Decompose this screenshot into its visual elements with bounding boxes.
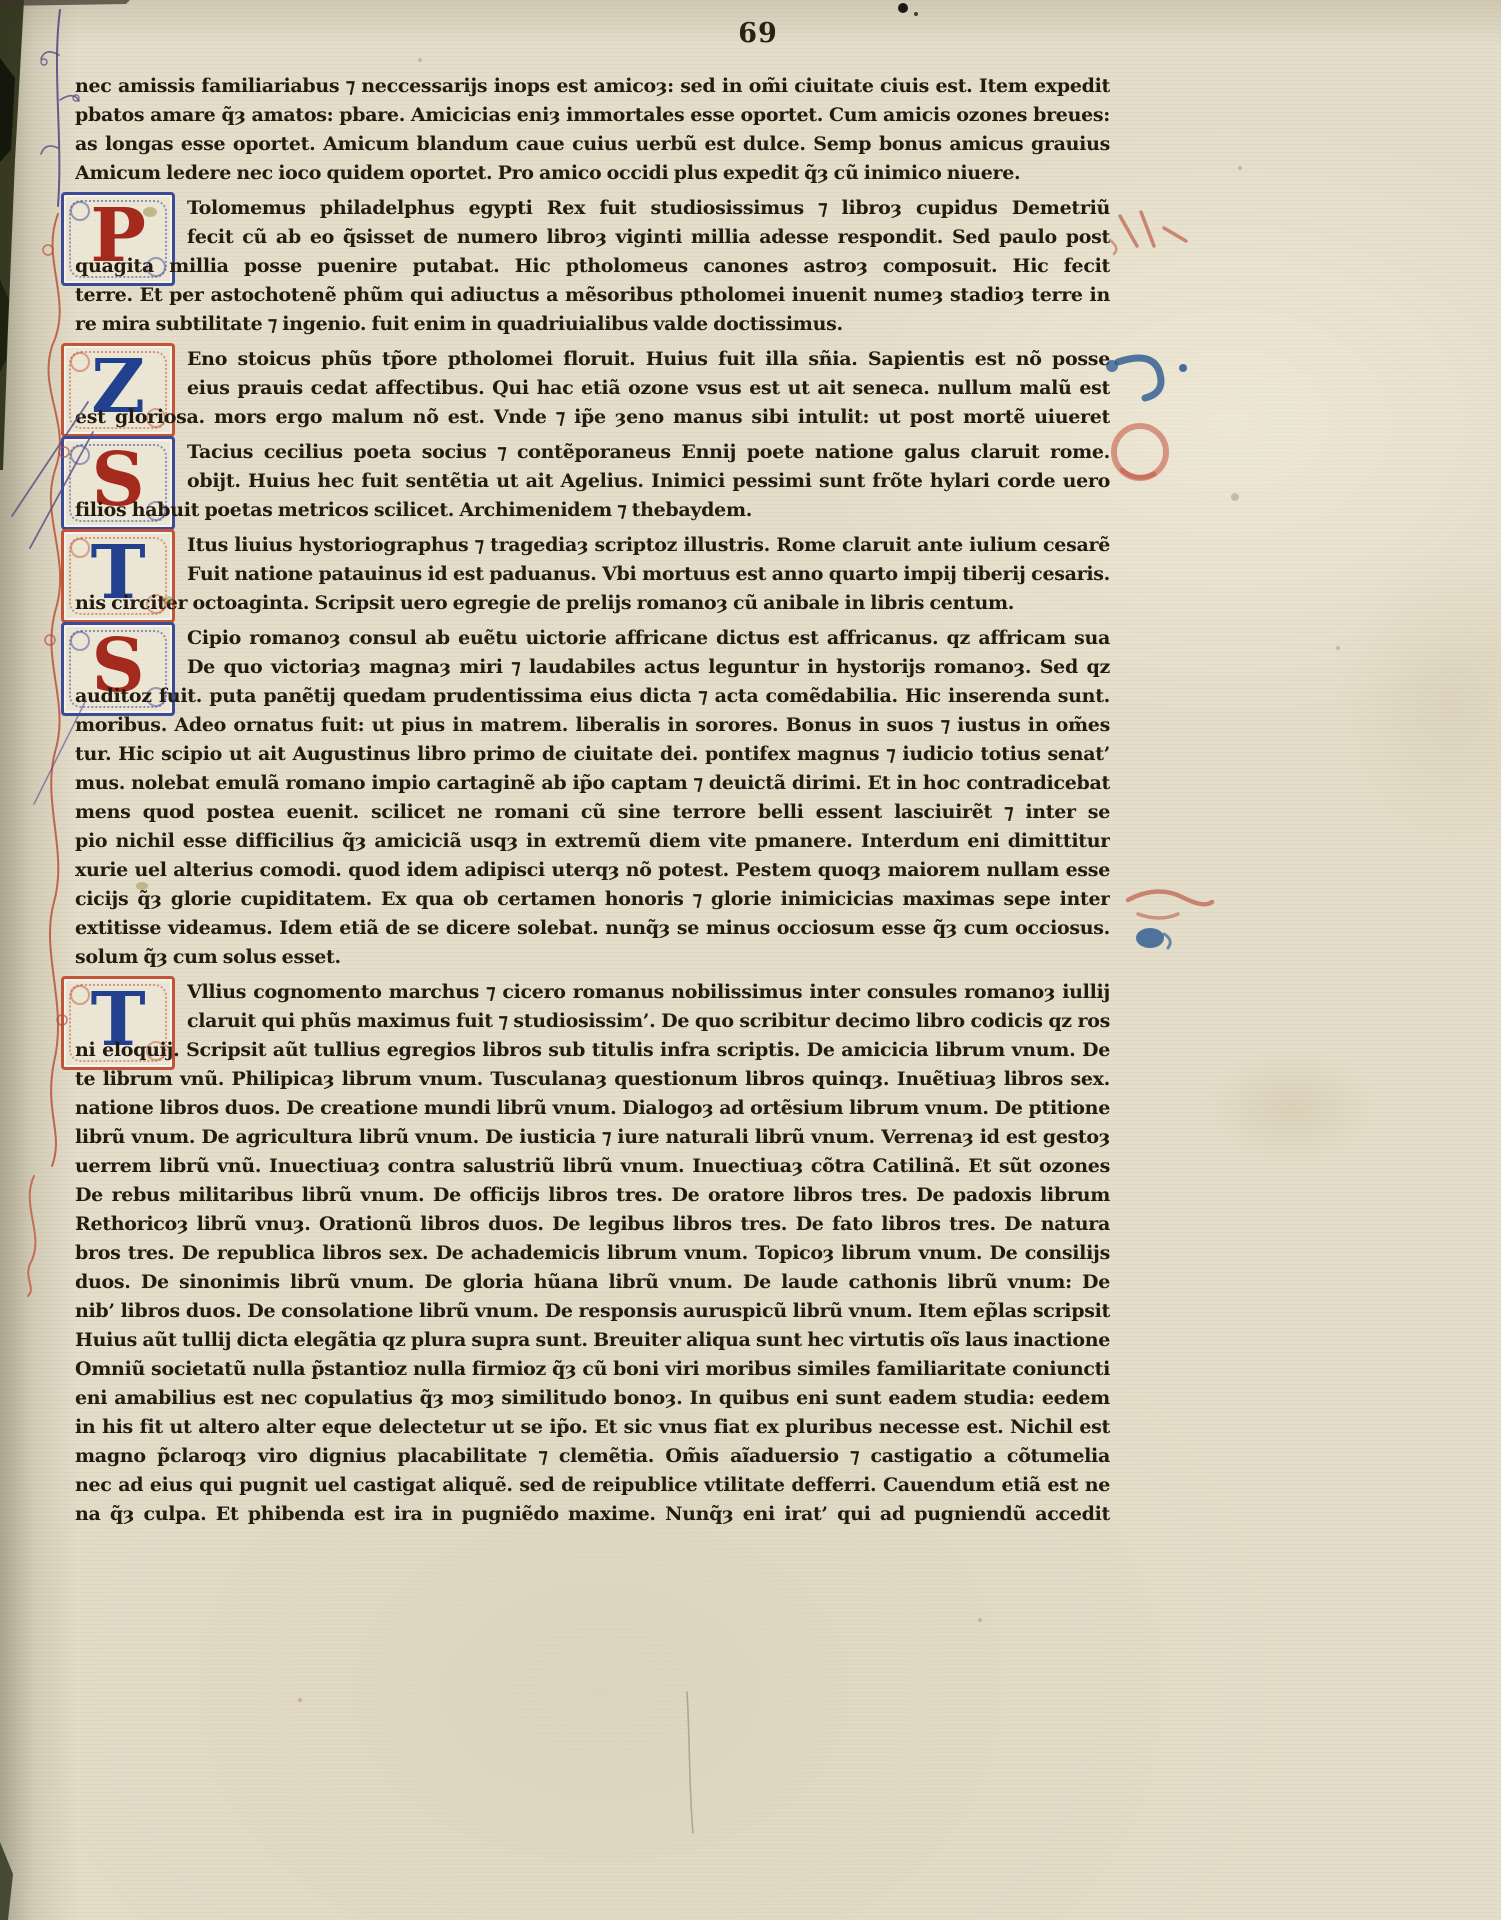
text-line: Amicum ledere nec ioco quidem oportet. P… xyxy=(75,159,1110,188)
illuminated-initial-T: T xyxy=(61,978,181,1036)
paragraph-statius-caecilius: STacius cecilius poeta socius ⁊ contẽpor… xyxy=(75,438,1110,525)
text-line: Rethoricoȝ librũ vnuȝ. Orationũ libros d… xyxy=(75,1210,1110,1239)
text-line: claruit qui phũs maximus fuit ⁊ studiosi… xyxy=(187,1007,1110,1036)
red-ink-ring-right-margin xyxy=(1114,426,1166,478)
paragraph-scipio: SCipio romanoȝ consul ab euẽtu uictorie … xyxy=(75,624,1110,972)
text-line: as longas esse oportet. Amicum blandum c… xyxy=(75,130,1110,159)
text-line: auditoz fuit. puta panẽtij quedam pruden… xyxy=(75,682,1110,711)
paper-crease xyxy=(687,1692,693,1833)
text-line: natione libros duos. De creatione mundi … xyxy=(75,1094,1110,1123)
text-line: Huius aũt tullij dicta elegãtia qz plura… xyxy=(75,1326,1110,1355)
dark-speck-top xyxy=(898,3,918,16)
text-line: eni amabilius est nec copulatius q̃ȝ moȝ… xyxy=(75,1384,1110,1413)
text-line: xurie uel alterius comodi. quod idem adi… xyxy=(75,856,1110,885)
text-line: Cipio romanoȝ consul ab euẽtu uictorie a… xyxy=(187,624,1110,653)
text-line: solum q̃ȝ cum solus esset. xyxy=(75,943,1110,972)
text-line: eius prauis cedat affectibus. Qui hac et… xyxy=(187,374,1110,403)
text-line: re mira subtilitate ⁊ ingenio. fuit enim… xyxy=(75,310,1110,339)
text-line: mens quod postea euenit. scilicet ne rom… xyxy=(75,798,1110,827)
text-line: obijt. Huius hec fuit sentẽtia ut ait Ag… xyxy=(187,467,1110,496)
illuminated-initial-Z: Z xyxy=(61,345,181,403)
text-line: extitisse videamus. Idem etiã de se dice… xyxy=(75,914,1110,943)
blue-ink-blot-mid-right-margin xyxy=(1136,928,1170,948)
paragraph-amicitia-sentences: nec amissis familiariabus ⁊ neccessarijs… xyxy=(75,72,1110,188)
text-line: magno p̃claroqȝ viro dignius placabilita… xyxy=(75,1442,1110,1471)
illuminated-initial-T: T xyxy=(61,531,181,589)
text-line: nib’ libros duos. De consolatione librũ … xyxy=(75,1297,1110,1326)
paragraph-tullius-cicero: TVllius cognomento marchus ⁊ cicero roma… xyxy=(75,978,1110,1529)
text-line: quagita millia posse puenire putabat. Hi… xyxy=(75,252,1110,281)
text-line: filios habuit poetas metricos scilicet. … xyxy=(75,496,1110,525)
text-line: cicijs q̃ȝ glorie cupiditatem. Ex qua ob… xyxy=(75,885,1110,914)
illuminated-initial-P: P xyxy=(61,194,181,252)
incunabulum-page: { "page": { "number": "69" }, "colors": … xyxy=(0,0,1501,1920)
text-line: librũ vnum. De agricultura librũ vnum. D… xyxy=(75,1123,1110,1152)
text-line: fecit cũ ab eo q̃sisset de numero libroȝ… xyxy=(187,223,1110,252)
text-line: est gloriosa. mors ergo malum nõ est. Vn… xyxy=(75,403,1110,432)
blue-ink-crescent-right-margin xyxy=(1106,358,1187,398)
red-pen-strokes-upper-right-margin xyxy=(1110,212,1186,254)
text-line: te librum vnũ. Philipicaȝ librum vnum. T… xyxy=(75,1065,1110,1094)
text-line: Itus liuius hystoriographus ⁊ tragediaȝ … xyxy=(187,531,1110,560)
page-number: 69 xyxy=(728,18,788,49)
text-line: nis circiter octoaginta. Scripsit uero e… xyxy=(75,589,1110,618)
text-line: ni eloquij. Scripsit aũt tullius egregio… xyxy=(75,1036,1110,1065)
paragraph-ptolomemus: PTolomemus philadelphus egypti Rex fuit … xyxy=(75,194,1110,339)
text-line: uerrem librũ vnũ. Inuectiuaȝ contra salu… xyxy=(75,1152,1110,1181)
paragraph-zeno: ZEno stoicus phũs tp̃ore ptholomei floru… xyxy=(75,345,1110,432)
text-line: pio nichil esse difficilius q̃ȝ amiciciã… xyxy=(75,827,1110,856)
text-line: Eno stoicus phũs tp̃ore ptholomei florui… xyxy=(187,345,1110,374)
text-line: pbatos amare q̃ȝ amatos: pbare. Amicicia… xyxy=(75,101,1110,130)
text-line: Omniũ societatũ nulla p̃stantioz nulla f… xyxy=(75,1355,1110,1384)
text-line: Tacius cecilius poeta socius ⁊ contẽpora… xyxy=(187,438,1110,467)
text-line: nec ad eius qui pugnit uel castigat aliq… xyxy=(75,1471,1110,1500)
text-line: moribus. Adeo ornatus fuit: ut pius in m… xyxy=(75,711,1110,740)
illuminated-initial-S: S xyxy=(61,624,181,682)
text-line: De quo victoriaȝ magnaȝ miri ⁊ laudabile… xyxy=(187,653,1110,682)
text-block: nec amissis familiariabus ⁊ neccessarijs… xyxy=(75,72,1110,1535)
text-line: De rebus militaribus librũ vnum. De offi… xyxy=(75,1181,1110,1210)
text-line: mus. nolebat emulã romano impio cartagin… xyxy=(75,769,1110,798)
text-line: tur. Hic scipio ut ait Augustinus libro … xyxy=(75,740,1110,769)
text-line: terre. Et per astochotenẽ phũm qui adiuc… xyxy=(75,281,1110,310)
text-line: bros tres. De republica libros sex. De a… xyxy=(75,1239,1110,1268)
red-scribble-mid-right-margin xyxy=(1128,891,1212,918)
text-line: in his fit ut altero alter eque delectet… xyxy=(75,1413,1110,1442)
text-line: na q̃ȝ culpa. Et phibenda est ira in pug… xyxy=(75,1500,1110,1529)
text-line: nec amissis familiariabus ⁊ neccessarijs… xyxy=(75,72,1110,101)
text-line: Fuit natione patauinus id est paduanus. … xyxy=(187,560,1110,589)
text-line: Tolomemus philadelphus egypti Rex fuit s… xyxy=(187,194,1110,223)
text-line: Vllius cognomento marchus ⁊ cicero roman… xyxy=(187,978,1110,1007)
text-line: duos. De sinonimis librũ vnum. De gloria… xyxy=(75,1268,1110,1297)
illuminated-initial-S: S xyxy=(61,438,181,496)
paragraph-titus-livius: TItus liuius hystoriographus ⁊ tragediaȝ… xyxy=(75,531,1110,618)
